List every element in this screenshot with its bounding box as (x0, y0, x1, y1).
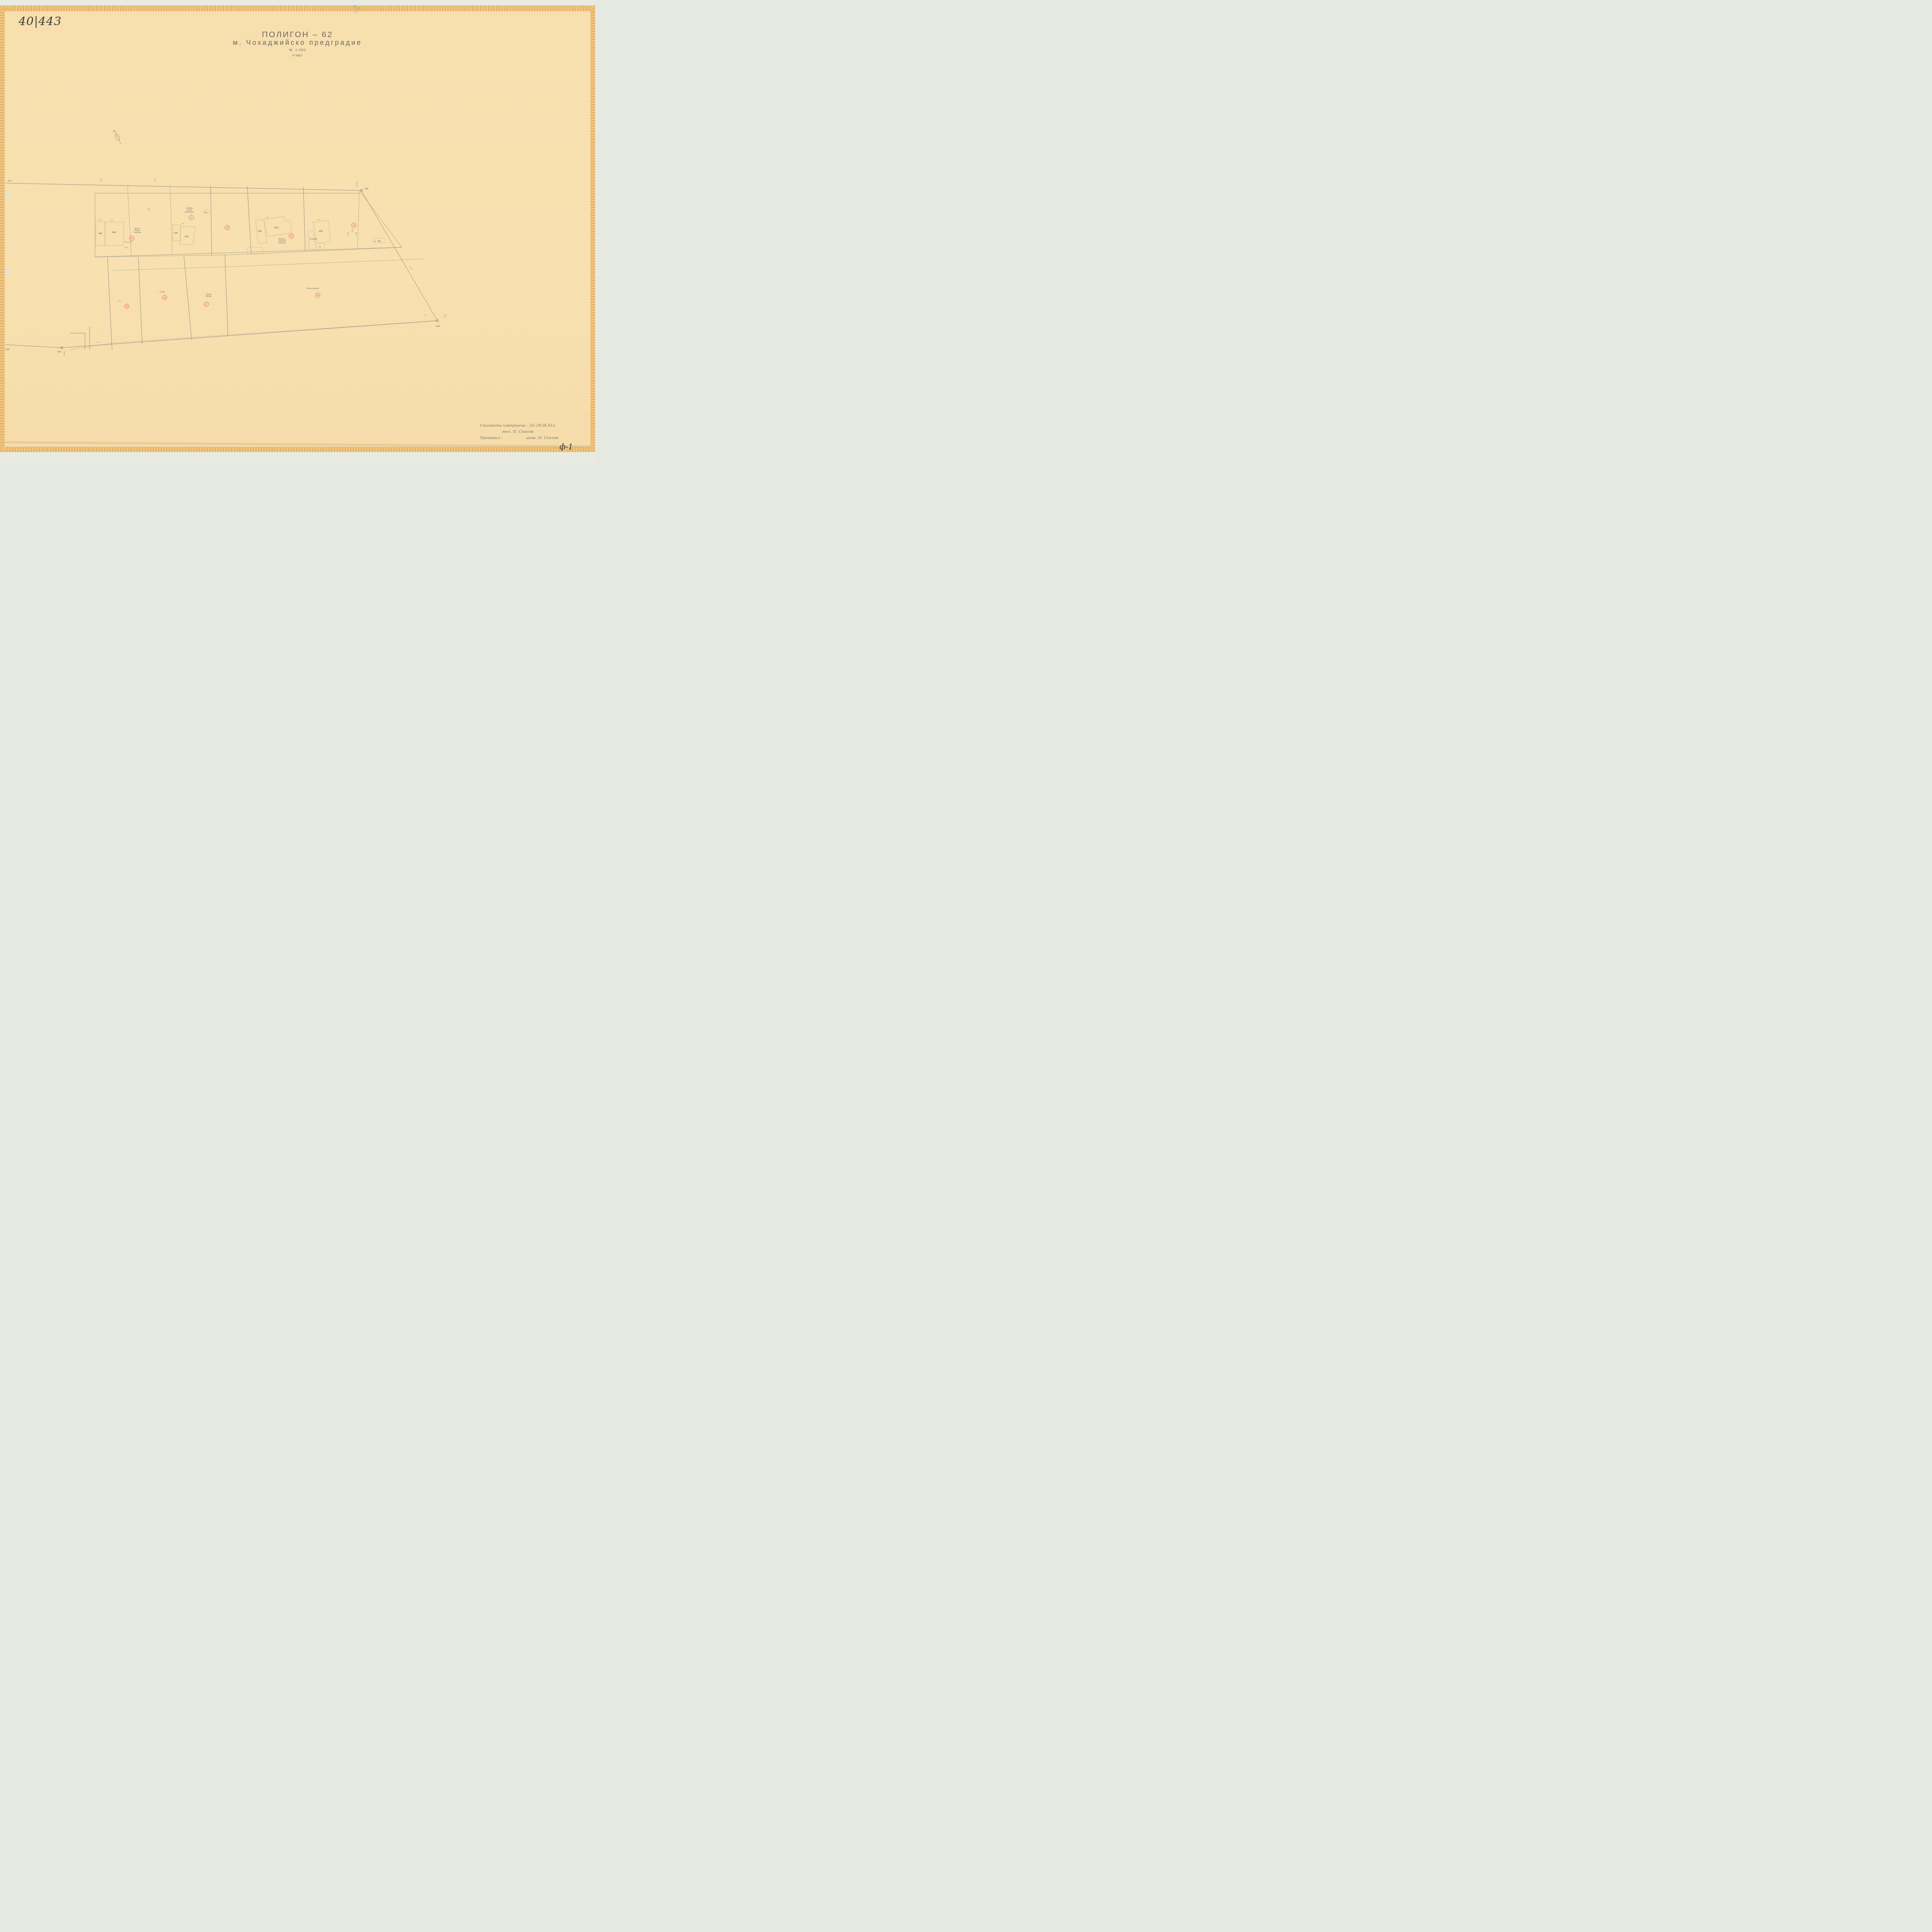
measurement-label: 5.76 (97, 342, 99, 343)
parcel-number: 13 (226, 227, 229, 229)
north-arrow-icon (113, 130, 121, 144)
traverse-line-139-138 (5, 345, 62, 348)
building-code: МБ (258, 230, 262, 233)
parcel-number: 17 (205, 303, 208, 306)
parcel-number: 15 (353, 224, 355, 227)
parcel-number: 8 (190, 217, 192, 219)
measurement-label: 34.67 (124, 247, 128, 248)
building-group-parcel-14: МБ МЖ (247, 216, 292, 254)
traverse-point-label: 137 (8, 180, 12, 182)
building-code: М кухня (310, 238, 317, 240)
coordinate-value: 128.11 (63, 350, 65, 355)
measurement-label: 78.65 (100, 179, 102, 182)
owner-name: Стоян (160, 291, 165, 293)
building-group-parcel-12: МБ МЖ (96, 221, 124, 245)
cadastral-plan: МБ МЖ МБ МЖ МКл МБ МЖ М кухня МЖ А ПБ МК… (0, 0, 595, 464)
measurement-label: 37.40 (0.40) (124, 241, 132, 243)
measurement-label: 18.45 (409, 266, 412, 270)
measurement-label: 5.18 (317, 219, 320, 221)
building-code: МЖ (112, 231, 116, 234)
measurement-label: 18.62 (118, 300, 121, 302)
traverse-point-label: 138 (5, 349, 10, 351)
coordinate-value: 166.00 (356, 182, 358, 187)
technician-line: тех. П. Спасов (502, 430, 533, 434)
owner-name: Велко Анучков (307, 287, 319, 289)
measurement-label: 2.67 (99, 219, 101, 221)
parcel-number: 19 (126, 306, 128, 308)
owner-name: Христов (278, 242, 286, 244)
parcel-number: 14 (290, 235, 293, 238)
owner-name: Георгиев (133, 231, 141, 233)
building-code: МЖ (319, 230, 323, 233)
parcel-number: 12 (131, 238, 133, 240)
traverse-line-136-140 (361, 190, 437, 321)
measurement-label: 86.44 (154, 179, 156, 182)
checked-label: Проверил : (480, 436, 503, 440)
checked-by: инж. Н. Генчев (526, 436, 558, 440)
survey-date-line: Снимката извършена : 25–29.IX.61г. (480, 423, 556, 428)
coordinate-value: 53.03 (443, 313, 447, 318)
traverse-point-label: 139 (57, 351, 61, 353)
traverse-point-label: 136 (364, 188, 369, 190)
building-code: МКл (204, 211, 208, 213)
owner-name: Димитров (185, 211, 194, 213)
building-code: МЖ (185, 236, 189, 238)
building-group-parcel-15: М кухня МЖ А ПБ МК (308, 220, 385, 250)
measurement-label: 2.00 (424, 314, 427, 317)
building-code: МЖ (274, 227, 279, 229)
building-code: А (319, 246, 321, 248)
measurement-label: 5.87 (266, 217, 269, 218)
traverse-point-label: 140 (436, 325, 440, 328)
building-code: МБ (99, 233, 102, 235)
building-code: МК (374, 241, 376, 242)
parcel-number: 16 (316, 294, 319, 297)
traverse-line-140-139 (62, 321, 437, 348)
measurement-label: 1.63 (182, 223, 184, 224)
building-code: ПБ (378, 240, 381, 243)
sheet-mark: ф-1 (560, 442, 573, 451)
owner-name: Милчев (206, 295, 212, 297)
tree-symbol-icon (148, 208, 357, 236)
measurement-label: 6.43 (110, 220, 113, 221)
traverse-line-137-136 (5, 183, 361, 190)
parcel-number: 18 (163, 297, 166, 299)
building-code: МБ (174, 232, 178, 235)
